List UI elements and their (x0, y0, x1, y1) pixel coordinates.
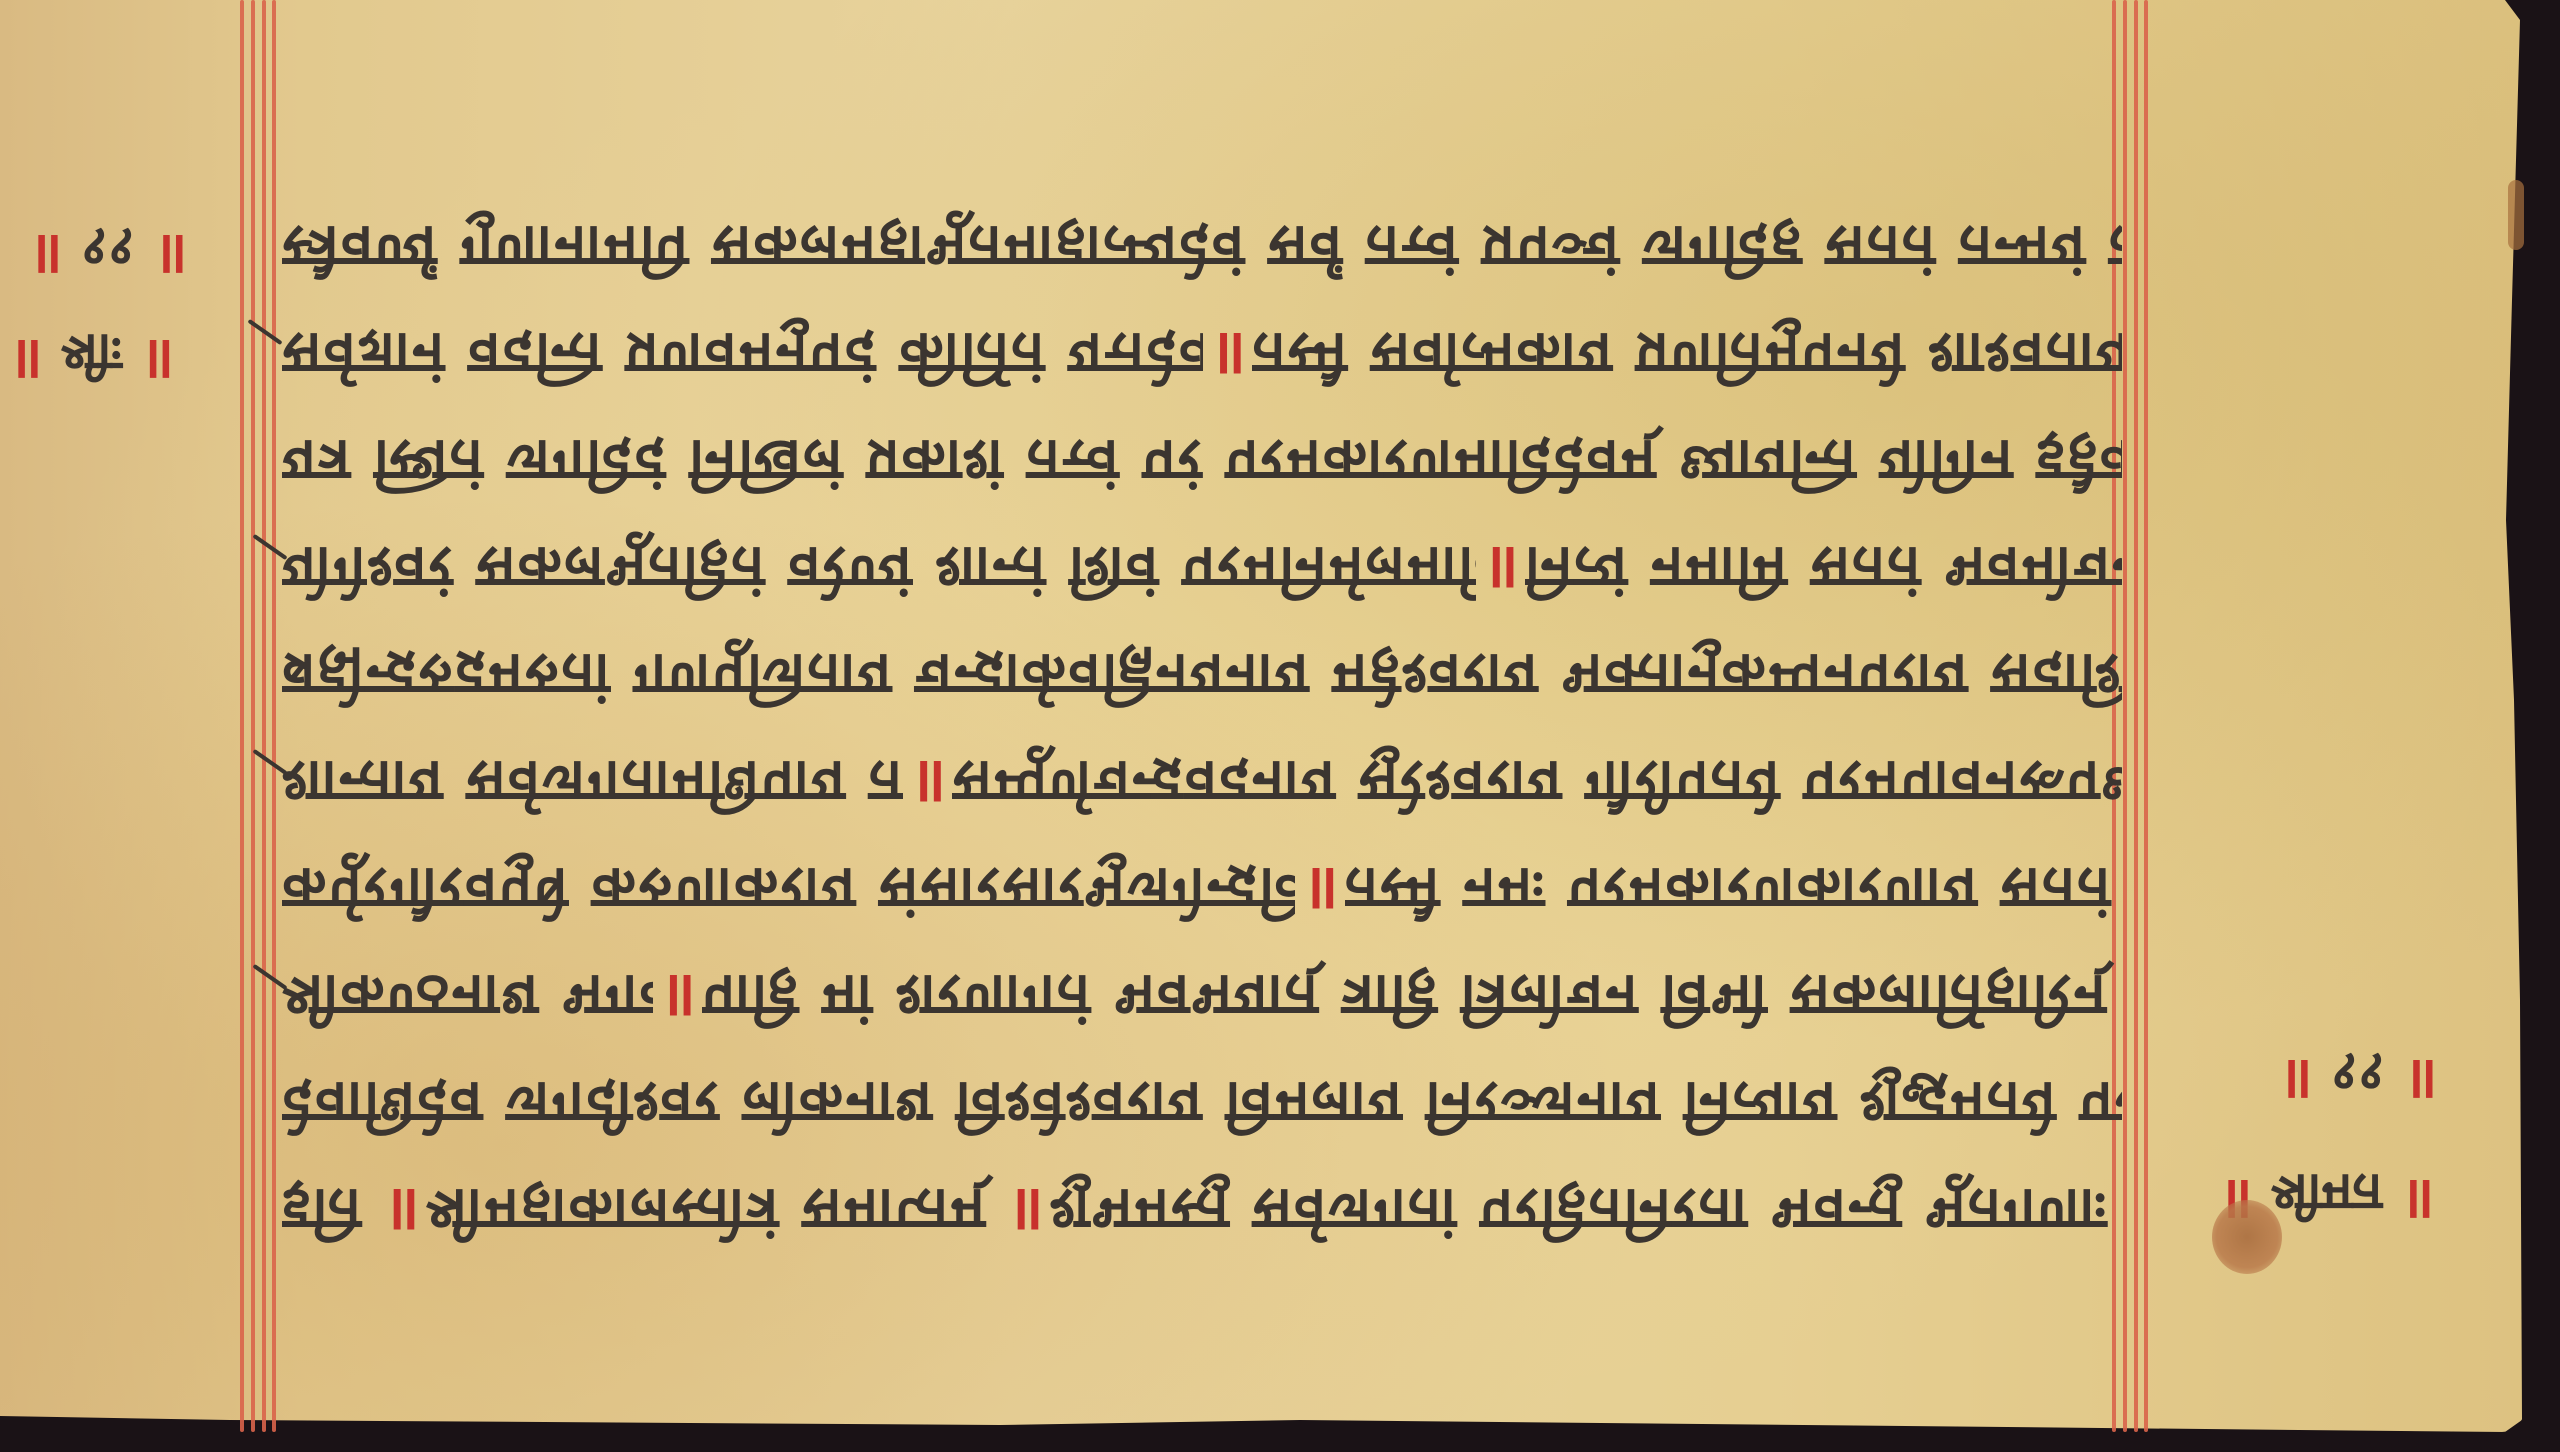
text-segment: शान्ताय सर्वजगतामधिपाय तस्मै (282, 746, 903, 825)
danda-mark: ॥ (153, 210, 188, 289)
text-segment: नित्यं नमामि सततं भवमोचनाय (1525, 532, 2122, 611)
danda-mark: ॥ (8, 315, 43, 394)
text-segment: श्रीमहाकालस्तोत्रं समाप्तम् (426, 1174, 1001, 1253)
danda-mark: ॥ (140, 315, 175, 394)
text-segment: पाहि मां शरणागतं भवभयात् त्राहि त्रिलोचन… (702, 960, 2122, 1039)
red-danda: ॥ (1476, 529, 1525, 613)
text-line-1: स्त्रैवर्ण्यं गुणानामपि सकलमहाभूतमाहात्म… (282, 210, 2122, 290)
red-danda: ॥ (653, 957, 702, 1041)
text-segment: स्त्रैवर्ण्यं गुणानामपि सकलमहाभूतमाहात्म… (282, 211, 2122, 290)
text-segment: योगेश्वरं सकलभूतहितं वरेण्यं शान्तं शिवं… (282, 532, 1476, 611)
folio-number-text: ९९ (2331, 1039, 2385, 1110)
text-segment: श्रीकण्ठनाथ भगवन् (282, 960, 653, 1039)
text-line-5: ब्रह्मेन्द्ररुद्रमरुतां गणपूजिताय चन्द्र… (282, 638, 2122, 718)
text-line-8: श्रीकण्ठनाथ भगवन् ॥ पाहि मां शरणागतं भवभ… (282, 959, 2122, 1039)
text-segment: तस्मै नमः परमकारणकारणाय सततं नमस्ते (1345, 853, 2122, 932)
text-segment: इति (282, 1174, 377, 1253)
text-line-10: इति ॥ श्रीमहाकालस्तोत्रं समाप्तम् ॥ शुभम… (282, 1173, 2122, 1253)
text-line-9: देवाधिदेव जगदीश्वर लोकनाथ विश्वेश्वराय व… (282, 1066, 2122, 1146)
red-danda: ॥ (377, 1171, 426, 1255)
text-segment: तस्मै सर्वात्मकाय प्रणतिमुपनये शाश्वताय (1252, 318, 2122, 397)
text-line-2: सर्वज्ञानं वदन्ति प्रणवमनुपदं कीर्तितं य… (282, 317, 2122, 397)
text-segment: कर्पूरगौरवपुषे करुणाकराय संसारसारभुजगेन्… (282, 853, 1295, 932)
folio-title-text: श्रीः (61, 319, 122, 390)
text-segment: यत्र स्थितं जगदिदं निखिलं प्रकाशं तत्त्व… (282, 425, 2122, 504)
danda-mark: ॥ (2278, 1035, 2313, 1114)
red-danda: ॥ (1001, 1171, 1050, 1255)
danda-mark: ॥ (2403, 1035, 2438, 1114)
text-segment: शुभमस्तु सर्वजगतां परहितनिरता भवन्तु भूत… (1050, 1174, 2122, 1253)
folio-number-text: ९९ (81, 214, 135, 285)
text-line-6: शान्ताय सर्वजगतामधिपाय तस्मै ॥ सम्पूर्णच… (282, 745, 2122, 825)
text-segment: सम्पूर्णचन्द्रवदनाय सुरेश्वराय गौरीपतये … (952, 746, 2122, 825)
text-segment: सर्वज्ञानं वदन्ति प्रणवमनुपदं कीर्तितं य… (282, 318, 1203, 397)
danda-mark: ॥ (2400, 1155, 2435, 1234)
edge-stain (2508, 180, 2524, 250)
red-danda: ॥ (903, 743, 952, 827)
text-line-7: कर्पूरगौरवपुषे करुणाकराय संसारसारभुजगेन्… (282, 852, 2122, 932)
right-folio-number: ॥ ९९ ॥ (2278, 1035, 2438, 1114)
red-danda: ॥ (1295, 850, 1344, 934)
folio-title-text: श्रीमत (2271, 1159, 2382, 1230)
left-margin-rules (240, 0, 280, 1432)
danda-mark: ॥ (28, 210, 63, 289)
red-danda: ॥ (1203, 315, 1252, 399)
text-line-4: योगेश्वरं सकलभूतहितं वरेण्यं शान्तं शिवं… (282, 531, 2122, 611)
text-segment: देवाधिदेव जगदीश्वर लोकनाथ विश्वेश्वराय व… (282, 1067, 2122, 1146)
ink-stain (2212, 1200, 2282, 1274)
left-folio-number: ॥ ९९ ॥ (28, 210, 188, 289)
text-segment: ब्रह्मेन्द्ररुद्रमरुतां गणपूजिताय चन्द्र… (282, 639, 2122, 718)
left-folio-title: ॥ श्रीः ॥ (8, 315, 174, 394)
text-line-3: यत्र स्थितं जगदिदं निखिलं प्रकाशं तत्त्व… (282, 424, 2122, 504)
